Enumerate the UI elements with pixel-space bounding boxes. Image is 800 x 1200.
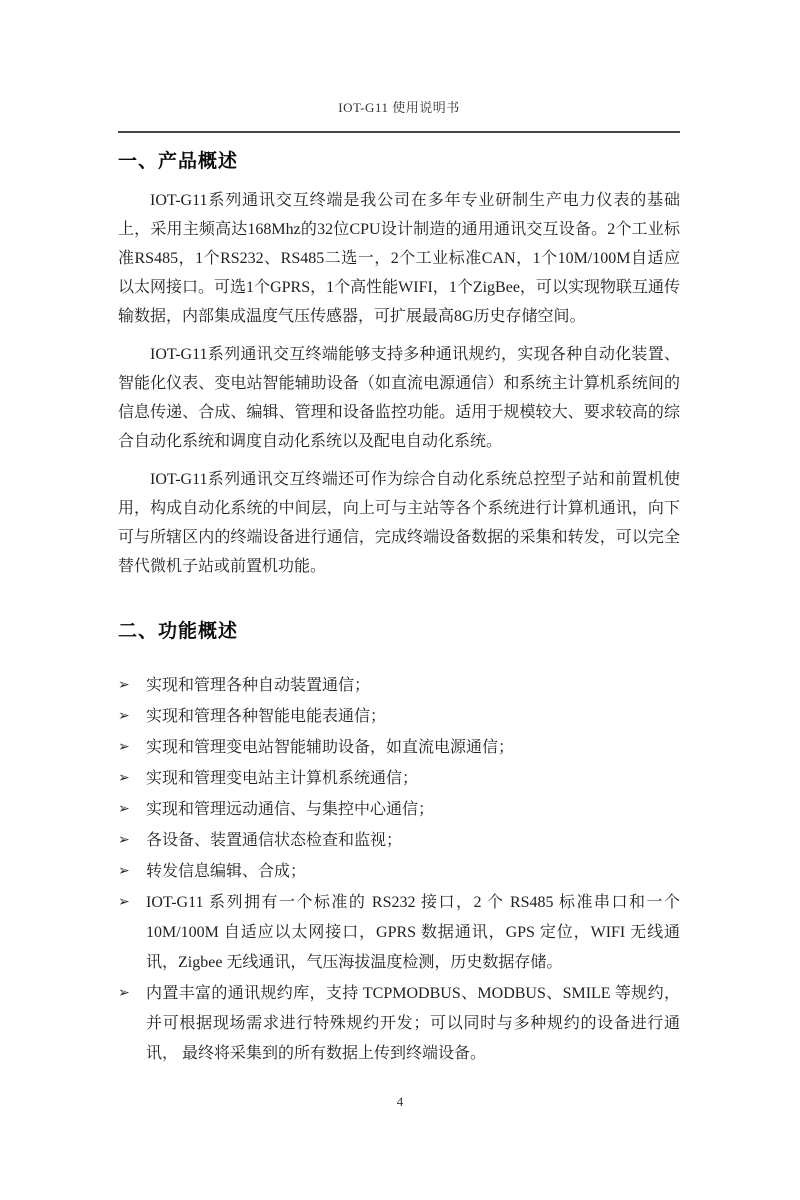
list-item: ➢ 内置丰富的通讯规约库，支持 TCPMODBUS、MODBUS、SMILE 等… [118,979,680,1070]
arrow-bullet-icon: ➢ [118,888,146,918]
list-item: ➢ 实现和管理变电站主计算机系统通信； [118,764,680,795]
page-number: 4 [0,1094,800,1110]
header-title: IOT-G11 使用说明书 [118,0,680,116]
arrow-bullet-icon: ➢ [118,733,146,763]
document-page: IOT-G11 使用说明书 一、产品概述 IOT-G11系列通讯交互终端是我公司… [0,0,800,1200]
list-item: ➢ 各设备、装置通信状态检查和监视； [118,826,680,857]
header-rule [118,131,680,133]
arrow-bullet-icon: ➢ [118,702,146,732]
list-item-text: 各设备、装置通信状态检查和监视； [146,826,680,856]
list-item: ➢ 实现和管理变电站智能辅助设备，如直流电源通信； [118,733,680,764]
arrow-bullet-icon: ➢ [118,857,146,887]
list-item: ➢ IOT-G11 系列拥有一个标准的 RS232 接口，2 个 RS485 标… [118,888,680,979]
section-1-heading: 一、产品概述 [118,149,680,175]
arrow-bullet-icon: ➢ [118,764,146,794]
arrow-bullet-icon: ➢ [118,671,146,701]
feature-list: ➢ 实现和管理各种自动装置通信； ➢ 实现和管理各种智能电能表通信； ➢ 实现和… [118,671,680,1070]
list-item-text: 实现和管理各种智能电能表通信； [146,702,680,732]
list-item: ➢ 实现和管理各种智能电能表通信； [118,702,680,733]
list-item-text: 内置丰富的通讯规约库，支持 TCPMODBUS、MODBUS、SMILE 等规约… [146,979,680,1069]
arrow-bullet-icon: ➢ [118,795,146,825]
section-1-paragraph-2: IOT-G11系列通讯交互终端能够支持多种通讯规约，实现各种自动化装置、智能化仪… [118,340,680,456]
list-item: ➢ 实现和管理各种自动装置通信； [118,671,680,702]
arrow-bullet-icon: ➢ [118,979,146,1009]
list-item-text: 实现和管理变电站主计算机系统通信； [146,764,680,794]
list-item-text: 实现和管理远动通信、与集控中心通信； [146,795,680,825]
section-2-heading: 二、功能概述 [118,619,680,645]
list-item-text: 转发信息编辑、合成； [146,857,680,887]
list-item-text: 实现和管理变电站智能辅助设备，如直流电源通信； [146,733,680,763]
list-item-text: IOT-G11 系列拥有一个标准的 RS232 接口，2 个 RS485 标准串… [146,888,680,978]
list-item-text: 实现和管理各种自动装置通信； [146,671,680,701]
section-1-paragraph-3: IOT-G11系列通讯交互终端还可作为综合自动化系统总控型子站和前置机使用，构成… [118,465,680,581]
list-item: ➢ 转发信息编辑、合成； [118,857,680,888]
list-item: ➢ 实现和管理远动通信、与集控中心通信； [118,795,680,826]
section-1-paragraph-1: IOT-G11系列通讯交互终端是我公司在多年专业研制生产电力仪表的基础上，采用主… [118,186,680,331]
arrow-bullet-icon: ➢ [118,826,146,856]
